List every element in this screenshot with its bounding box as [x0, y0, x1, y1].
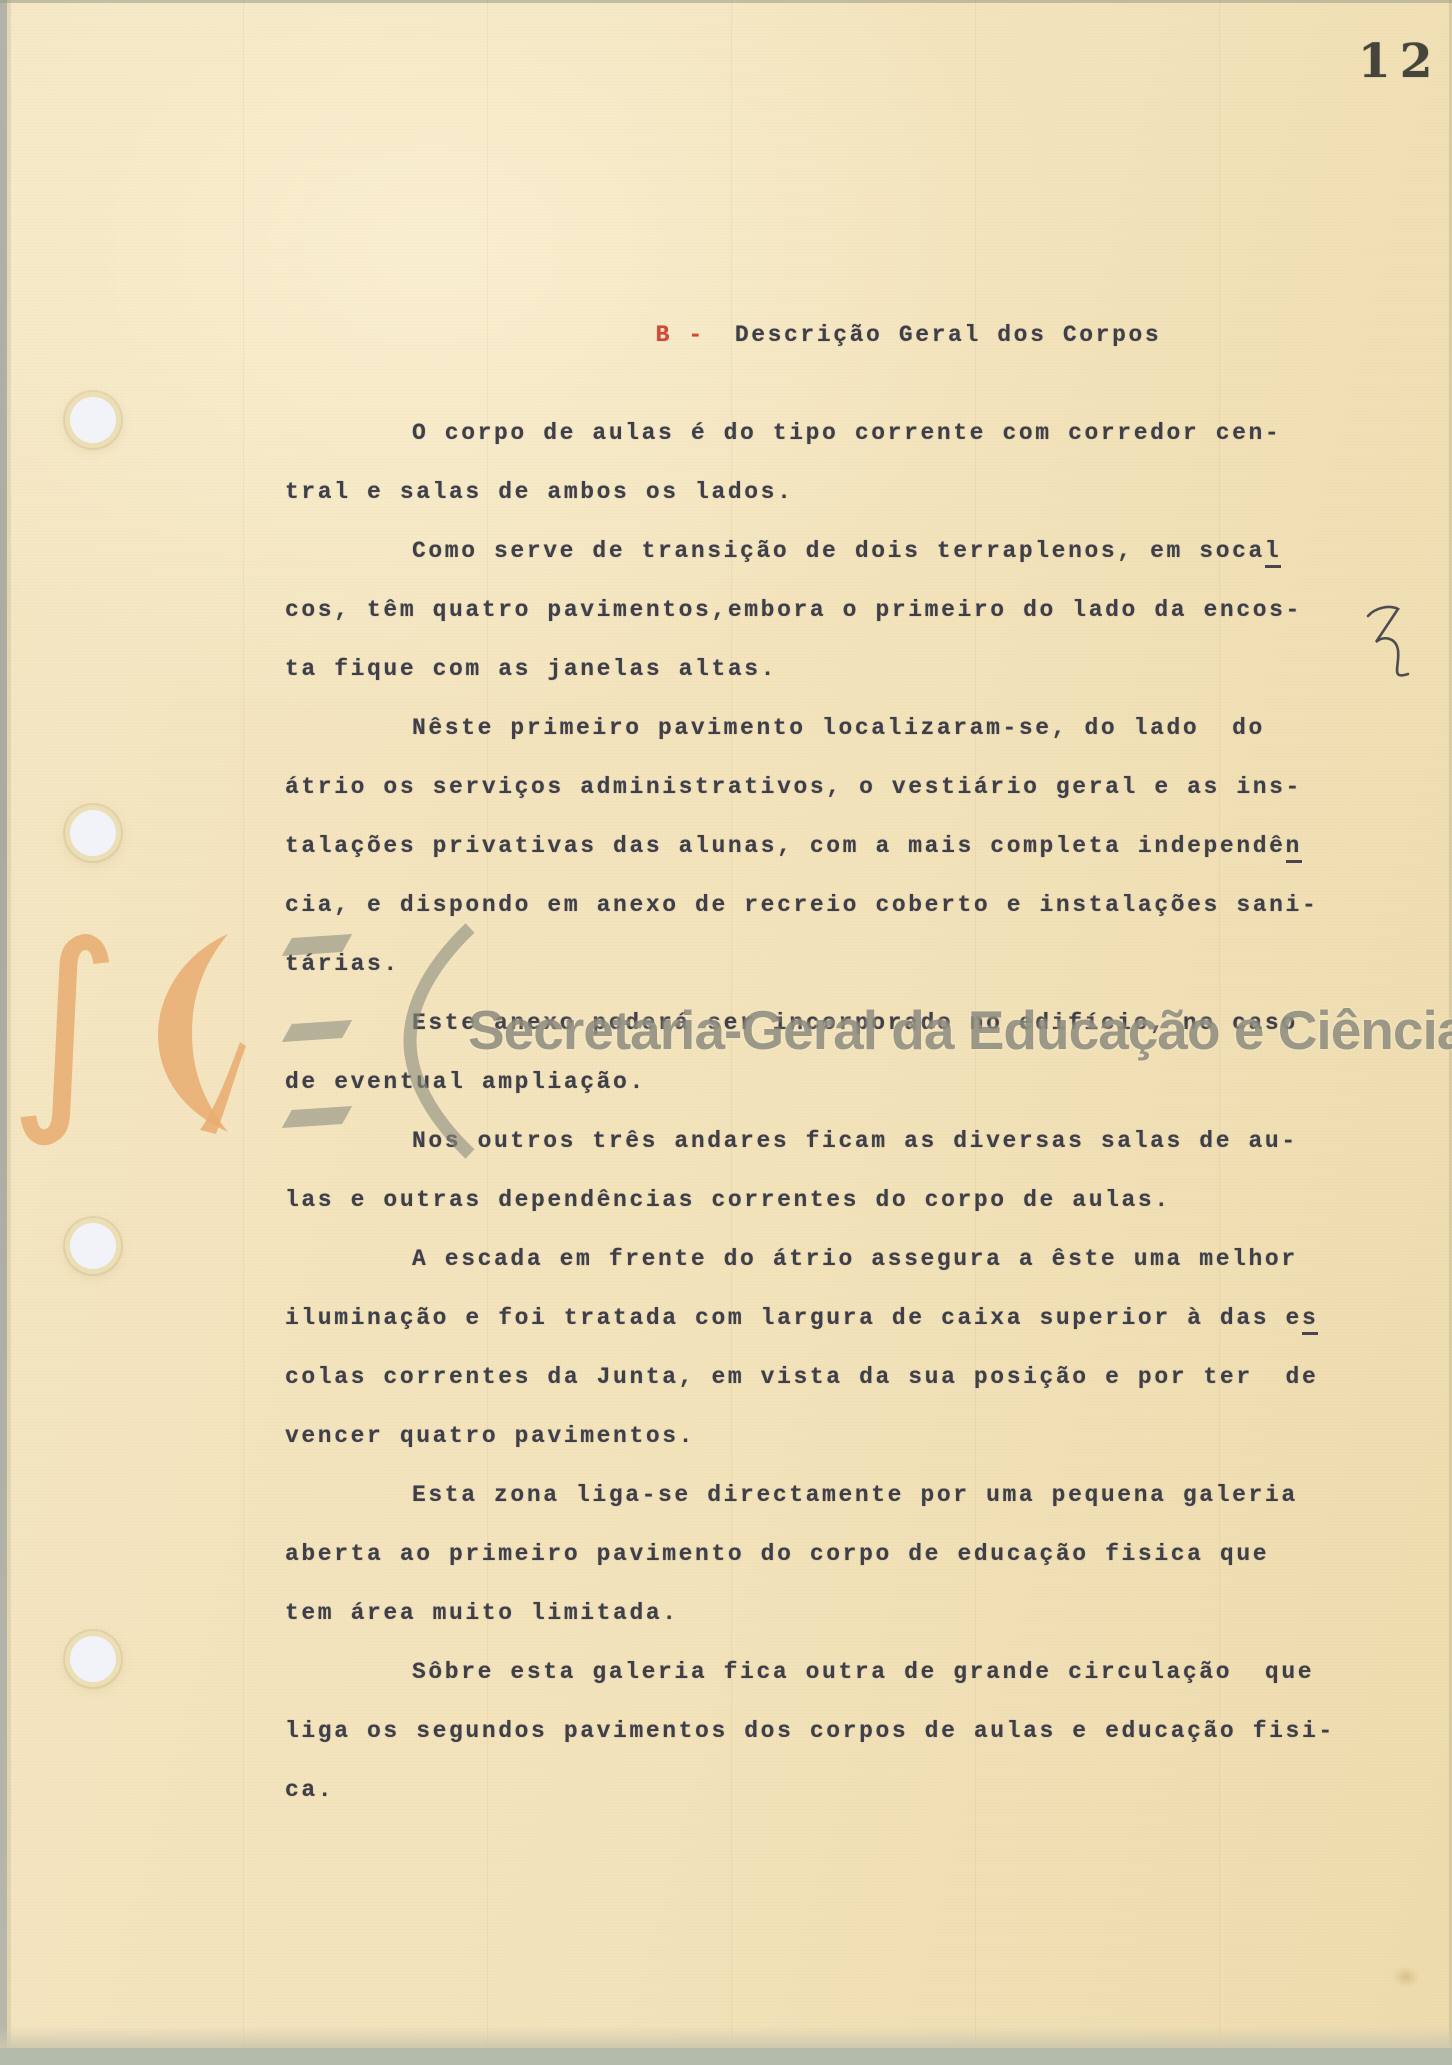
- section-index-label: B -: [656, 322, 705, 348]
- text-line: colas correntes da Junta, em vista da su…: [285, 1364, 1375, 1423]
- text-line: Esta zona liga-se directamente por uma p…: [285, 1482, 1375, 1541]
- text-line: ca.: [285, 1777, 1375, 1836]
- text-line: tem área muito limitada.: [285, 1600, 1375, 1659]
- page-number: 12: [1358, 34, 1441, 89]
- text-line: tral e salas de ambos os lados.: [285, 479, 1375, 538]
- text-line: iluminação e foi tratada com largura de …: [285, 1305, 1375, 1364]
- underlined-character: n: [1286, 833, 1302, 863]
- text-line: talações privativas das alunas, com a ma…: [285, 833, 1375, 892]
- text-line: ta fique com as janelas altas.: [285, 656, 1375, 715]
- punch-hole: [70, 397, 116, 443]
- handwritten-annotation-icon: [1360, 600, 1422, 690]
- text-line: Nêste primeiro pavimento localizaram-se,…: [285, 715, 1375, 774]
- scan-edge-bottom: [0, 2048, 1452, 2065]
- section-heading: B -Descrição Geral dos Corpos: [590, 296, 1161, 374]
- punch-hole: [70, 810, 116, 856]
- text-line: átrio os serviços administrativos, o ves…: [285, 774, 1375, 833]
- text-line: A escada em frente do átrio assegura a ê…: [285, 1246, 1375, 1305]
- punch-hole: [70, 1636, 116, 1682]
- text-line: Como serve de transição de dois terraple…: [285, 538, 1375, 597]
- text-line: liga os segundos pavimentos dos corpos d…: [285, 1718, 1375, 1777]
- scan-edge-top: [0, 0, 1452, 3]
- paper-stain: [1392, 1966, 1420, 1988]
- text-line: las e outras dependências correntes do c…: [285, 1187, 1375, 1246]
- text-line: aberta ao primeiro pavimento do corpo de…: [285, 1541, 1375, 1600]
- sgec-logo-brace-icon: [388, 922, 480, 1160]
- scan-edge-left-shadow: [7, 0, 11, 2065]
- underlined-character: l: [1265, 538, 1281, 568]
- text-line: Sôbre esta galeria fica outra de grande …: [285, 1659, 1375, 1718]
- sgec-logo-stroke-icon: ∫: [8, 916, 122, 1134]
- scan-edge-left: [0, 0, 7, 2065]
- punch-hole: [70, 1223, 116, 1269]
- scanned-document-page: 12 B -Descrição Geral dos Corpos O corpo…: [0, 0, 1452, 2065]
- text-line: cos, têm quatro pavimentos,embora o prim…: [285, 597, 1375, 656]
- text-line: O corpo de aulas é do tipo corrente com …: [285, 420, 1375, 479]
- sgec-logo-wedge-icon: [196, 1040, 248, 1136]
- section-title: Descrição Geral dos Corpos: [735, 322, 1161, 348]
- underlined-character: s: [1302, 1305, 1318, 1335]
- scan-edge-bottom-fade: [0, 2026, 1452, 2050]
- text-line: vencer quatro pavimentos.: [285, 1423, 1375, 1482]
